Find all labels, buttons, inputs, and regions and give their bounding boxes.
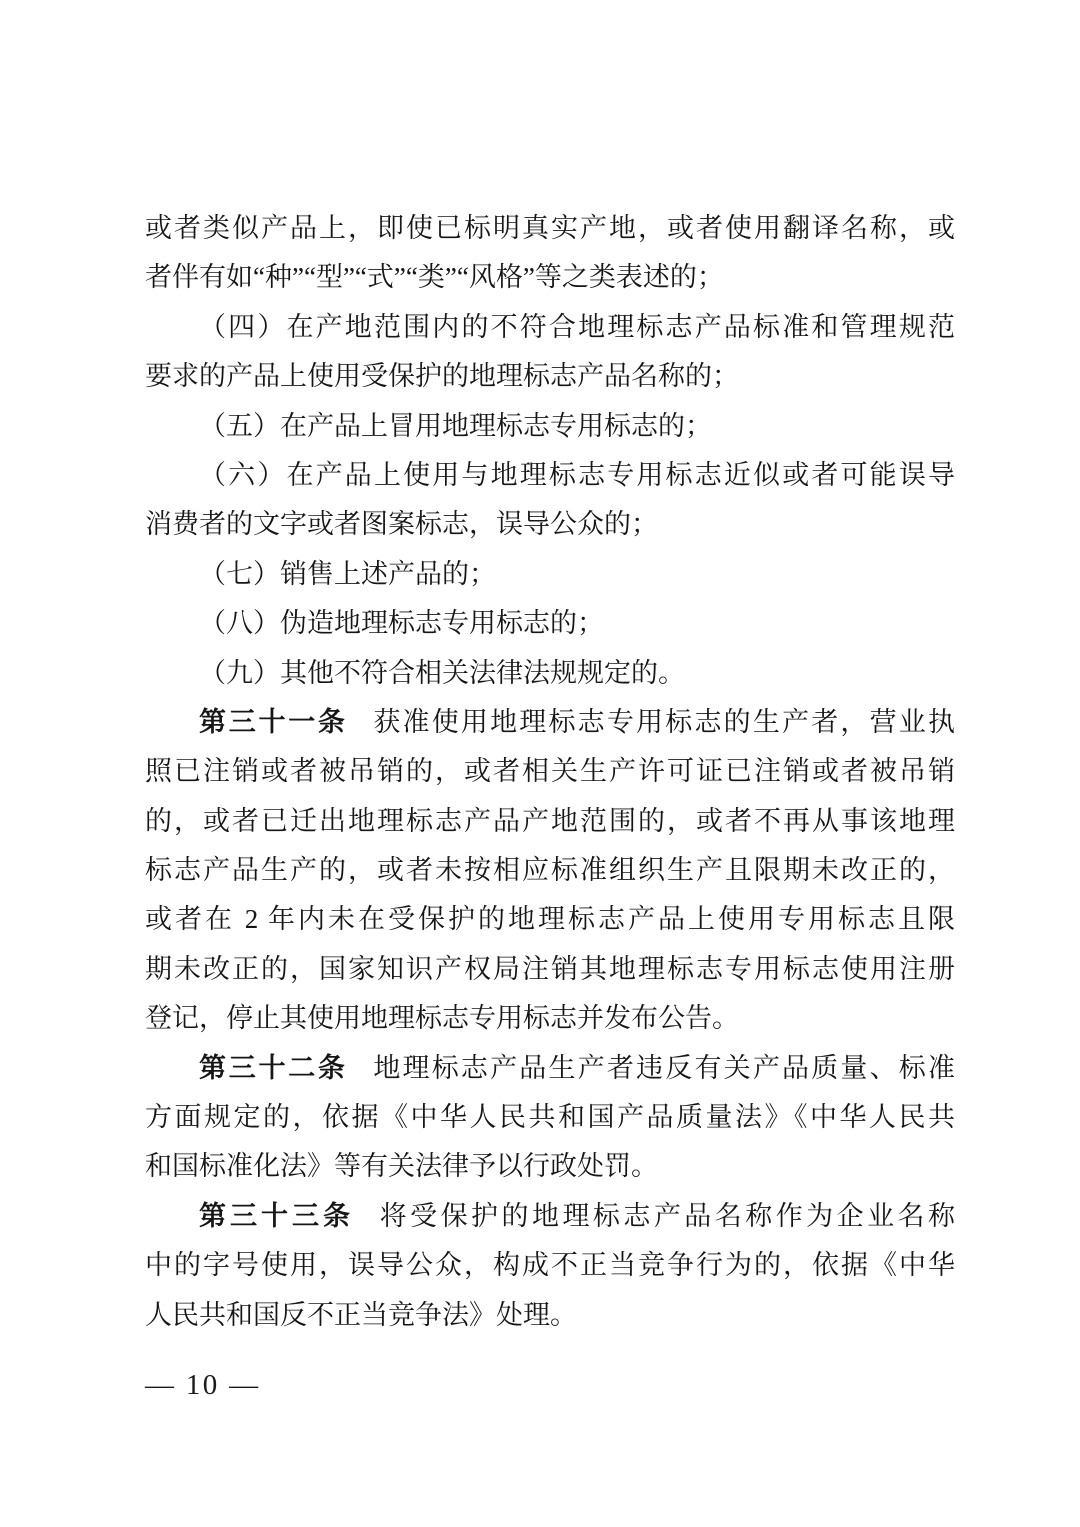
text-line: 或者类似产品上，即使已标明真实产地，或者使用翻译名称，或 xyxy=(145,204,955,253)
line-text: 者伴有如“种”“型”“式”“类”“风格”等之类表述的； xyxy=(145,262,724,292)
line-text: 将受保护的地理标志产品名称作为企业名称 xyxy=(380,1201,955,1231)
line-text: （八）伪造地理标志专用标志的； xyxy=(199,608,604,638)
line-text: （九）其他不符合相关法律法规规定的。 xyxy=(199,658,685,688)
line-text: （四）在产地范围内的不符合地理标志产品标准和管理规范 xyxy=(199,312,955,342)
line-text: （六）在产品上使用与地理标志专用标志近似或者可能误导 xyxy=(199,460,955,490)
text-line: 第三十二条地理标志产品生产者违反有关产品质量、标准 xyxy=(145,1044,955,1093)
text-line: 和国标准化法》等有关法律予以行政处罚。 xyxy=(145,1142,955,1191)
line-text: 消费者的文字或者图案标志，误导公众的； xyxy=(145,509,658,539)
text-line: 第三十一条获准使用地理标志专用标志的生产者，营业执 xyxy=(145,698,955,747)
article-number: 第三十二条 xyxy=(199,1053,348,1083)
page-number-footer: — 10 — xyxy=(145,1368,260,1402)
line-text: 或者类似产品上，即使已标明真实产地，或者使用翻译名称，或 xyxy=(145,213,955,243)
text-line: 中的字号使用，误导公众，构成不正当竞争行为的，依据《中华 xyxy=(145,1241,955,1290)
document-page: 或者类似产品上，即使已标明真实产地，或者使用翻译名称，或者伴有如“种”“型”“式… xyxy=(0,0,1080,1527)
text-line: 照已注销或者被吊销的，或者相关生产许可证已注销或者被吊销 xyxy=(145,747,955,796)
text-line: 标志产品生产的，或者未按相应标准组织生产且限期未改正的， xyxy=(145,846,955,895)
text-line: （九）其他不符合相关法律法规规定的。 xyxy=(145,649,955,698)
line-text: 人民共和国反不正当竞争法》处理。 xyxy=(145,1300,577,1330)
line-text: 登记，停止其使用地理标志专用标志并发布公告。 xyxy=(145,1003,739,1033)
text-line: （八）伪造地理标志专用标志的； xyxy=(145,599,955,648)
text-line: 的，或者已迁出地理标志产品产地范围的，或者不再从事该地理 xyxy=(145,797,955,846)
line-text: 要求的产品上使用受保护的地理标志产品名称的； xyxy=(145,361,739,391)
text-line: （五）在产品上冒用地理标志专用标志的； xyxy=(145,402,955,451)
line-text: （五）在产品上冒用地理标志专用标志的； xyxy=(199,411,712,441)
line-text: 照已注销或者被吊销的，或者相关生产许可证已注销或者被吊销 xyxy=(145,756,955,786)
article-number: 第三十一条 xyxy=(199,707,348,737)
text-line: 要求的产品上使用受保护的地理标志产品名称的； xyxy=(145,352,955,401)
text-line: （四）在产地范围内的不符合地理标志产品标准和管理规范 xyxy=(145,303,955,352)
line-text: 标志产品生产的，或者未按相应标准组织生产且限期未改正的， xyxy=(145,855,955,885)
line-text: 的，或者已迁出地理标志产品产地范围的，或者不再从事该地理 xyxy=(145,806,955,836)
line-text: （七）销售上述产品的； xyxy=(199,559,496,589)
text-line: 第三十三条将受保护的地理标志产品名称作为企业名称 xyxy=(145,1192,955,1241)
line-text: 获准使用地理标志专用标志的生产者，营业执 xyxy=(373,707,955,737)
text-block: 或者类似产品上，即使已标明真实产地，或者使用翻译名称，或者伴有如“种”“型”“式… xyxy=(145,204,955,1340)
line-text: 方面规定的，依据《中华人民共和国产品质量法》《中华人民共 xyxy=(145,1102,955,1132)
text-line: 消费者的文字或者图案标志，误导公众的； xyxy=(145,500,955,549)
text-line: 登记，停止其使用地理标志专用标志并发布公告。 xyxy=(145,994,955,1043)
text-line: 或者在 2 年内未在受保护的地理标志产品上使用专用标志且限 xyxy=(145,895,955,944)
line-text: 地理标志产品生产者违反有关产品质量、标准 xyxy=(373,1053,955,1083)
article-number: 第三十三条 xyxy=(199,1201,354,1231)
text-line: 方面规定的，依据《中华人民共和国产品质量法》《中华人民共 xyxy=(145,1093,955,1142)
text-line: 者伴有如“种”“型”“式”“类”“风格”等之类表述的； xyxy=(145,253,955,302)
text-line: （六）在产品上使用与地理标志专用标志近似或者可能误导 xyxy=(145,451,955,500)
text-line: 人民共和国反不正当竞争法》处理。 xyxy=(145,1291,955,1340)
text-line: （七）销售上述产品的； xyxy=(145,550,955,599)
line-text: 期未改正的，国家知识产权局注销其地理标志专用标志使用注册 xyxy=(145,954,955,984)
line-text: 和国标准化法》等有关法律予以行政处罚。 xyxy=(145,1151,658,1181)
text-line: 期未改正的，国家知识产权局注销其地理标志专用标志使用注册 xyxy=(145,945,955,994)
line-text: 中的字号使用，误导公众，构成不正当竞争行为的，依据《中华 xyxy=(145,1250,955,1280)
line-text: 或者在 2 年内未在受保护的地理标志产品上使用专用标志且限 xyxy=(145,904,955,934)
